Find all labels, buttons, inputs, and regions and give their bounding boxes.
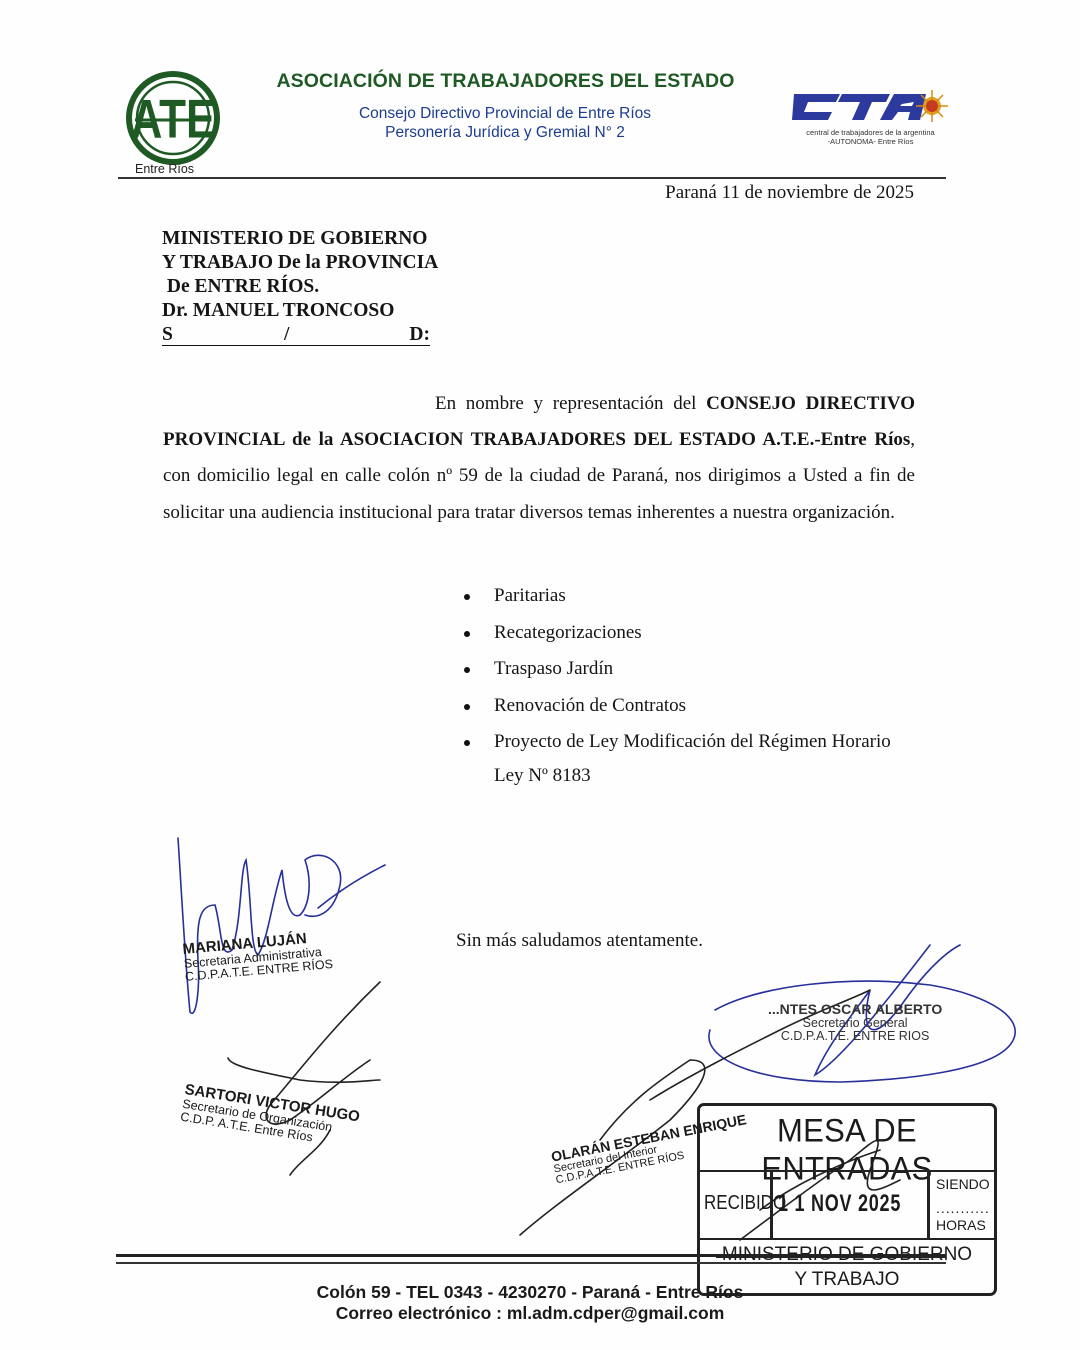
list-item: Traspaso Jardín: [462, 657, 932, 681]
addressee-line: Dr. MANUEL TRONCOSO: [162, 299, 438, 323]
list-item: Proyecto de Ley Modificación del Régimen…: [462, 730, 932, 788]
footer-divider: [116, 1254, 946, 1257]
hours-blank: ...........: [936, 1200, 990, 1216]
addressee-block: MINISTERIO DE GOBIERNO Y TRABAJO De la P…: [162, 227, 438, 323]
list-item: Renovación de Contratos: [462, 694, 932, 718]
header-divider: [118, 177, 946, 179]
salutation-sd: S / D:: [162, 324, 430, 346]
received-date: 1 1 NOV 2025: [778, 1190, 901, 1218]
signer-name: ...NTES OSCAR ALBERTO: [768, 1002, 942, 1017]
signer-org: C.D.P.A.T.E. ENTRE RIOS: [768, 1030, 942, 1043]
reception-divider: [927, 1172, 930, 1238]
addressee-line: De ENTRE RÍOS.: [162, 275, 438, 299]
letter-page: ATE Entre Ríos ASOCIACIÓN DE TRABAJADORE…: [0, 0, 1080, 1350]
topics-list: Paritarias Recategorizaciones Traspaso J…: [462, 584, 932, 801]
signature-stamp-oscar: ...NTES OSCAR ALBERTO Secretario General…: [768, 1002, 942, 1043]
date-line: Paraná 11 de noviembre de 2025: [560, 182, 914, 204]
list-item: Paritarias: [462, 584, 932, 608]
topic-text: Recategorizaciones: [494, 622, 642, 643]
footer-address: Colón 59 - TEL 0343 - 4230270 - Paraná -…: [200, 1282, 860, 1303]
list-item: Recategorizaciones: [462, 621, 932, 645]
siendo-label: SIENDO: [936, 1176, 990, 1192]
cta-caption-line1: central de trabajadores de la argentina: [778, 128, 963, 137]
body-intro: En nombre y representación del: [163, 393, 706, 414]
sd-right: D:: [409, 324, 430, 346]
sd-left: S: [162, 324, 173, 346]
legal-status: Personería Jurídica y Gremial N° 2: [300, 124, 710, 142]
topic-continuation: Ley Nº 8183: [494, 764, 932, 788]
reception-divider: [770, 1172, 773, 1238]
signature-stamp-lujan: MARIANA LUJÁN Secretaria Administrativa …: [182, 929, 334, 984]
cta-caption-line2: -AUTONOMA- Entre Ríos: [778, 137, 963, 146]
footer-email: Correo electrónico : ml.adm.cdper@gmail.…: [200, 1303, 860, 1324]
signature-stamp-sartori: SARTORI VICTOR HUGO Secretario de Organi…: [179, 1082, 360, 1151]
council-name: Consejo Directivo Provincial de Entre Rí…: [300, 105, 710, 123]
svg-text:ATE: ATE: [131, 88, 216, 150]
topic-text: Traspaso Jardín: [494, 658, 613, 679]
reception-row: RECIBIDO 1 1 NOV 2025 SIENDO ...........…: [700, 1170, 994, 1240]
signer-role: Secretario General: [768, 1017, 942, 1030]
sd-mid: /: [284, 324, 289, 346]
addressee-line: MINISTERIO DE GOBIERNO: [162, 227, 438, 251]
reception-stamp: MESA DE ENTRADAS RECIBIDO 1 1 NOV 2025 S…: [697, 1103, 997, 1296]
footer-divider: [116, 1262, 946, 1264]
topic-text: Proyecto de Ley Modificación del Régimen…: [494, 731, 891, 752]
ate-logo-caption: Entre Ríos: [135, 162, 194, 176]
ate-logo-icon: ATE: [125, 70, 221, 166]
organization-name: ASOCIACIÓN DE TRABAJADORES DEL ESTADO: [268, 70, 743, 93]
addressee-line: Y TRABAJO De la PROVINCIA: [162, 251, 438, 275]
received-label: RECIBIDO: [704, 1192, 786, 1215]
letter-body: En nombre y representación del CONSEJO D…: [163, 386, 915, 531]
topic-text: Paritarias: [494, 585, 566, 606]
cta-logo-icon: [790, 88, 950, 128]
closing-line: Sin más saludamos atentamente.: [456, 930, 703, 952]
topic-text: Renovación de Contratos: [494, 695, 686, 716]
horas-label: HORAS: [936, 1217, 986, 1233]
